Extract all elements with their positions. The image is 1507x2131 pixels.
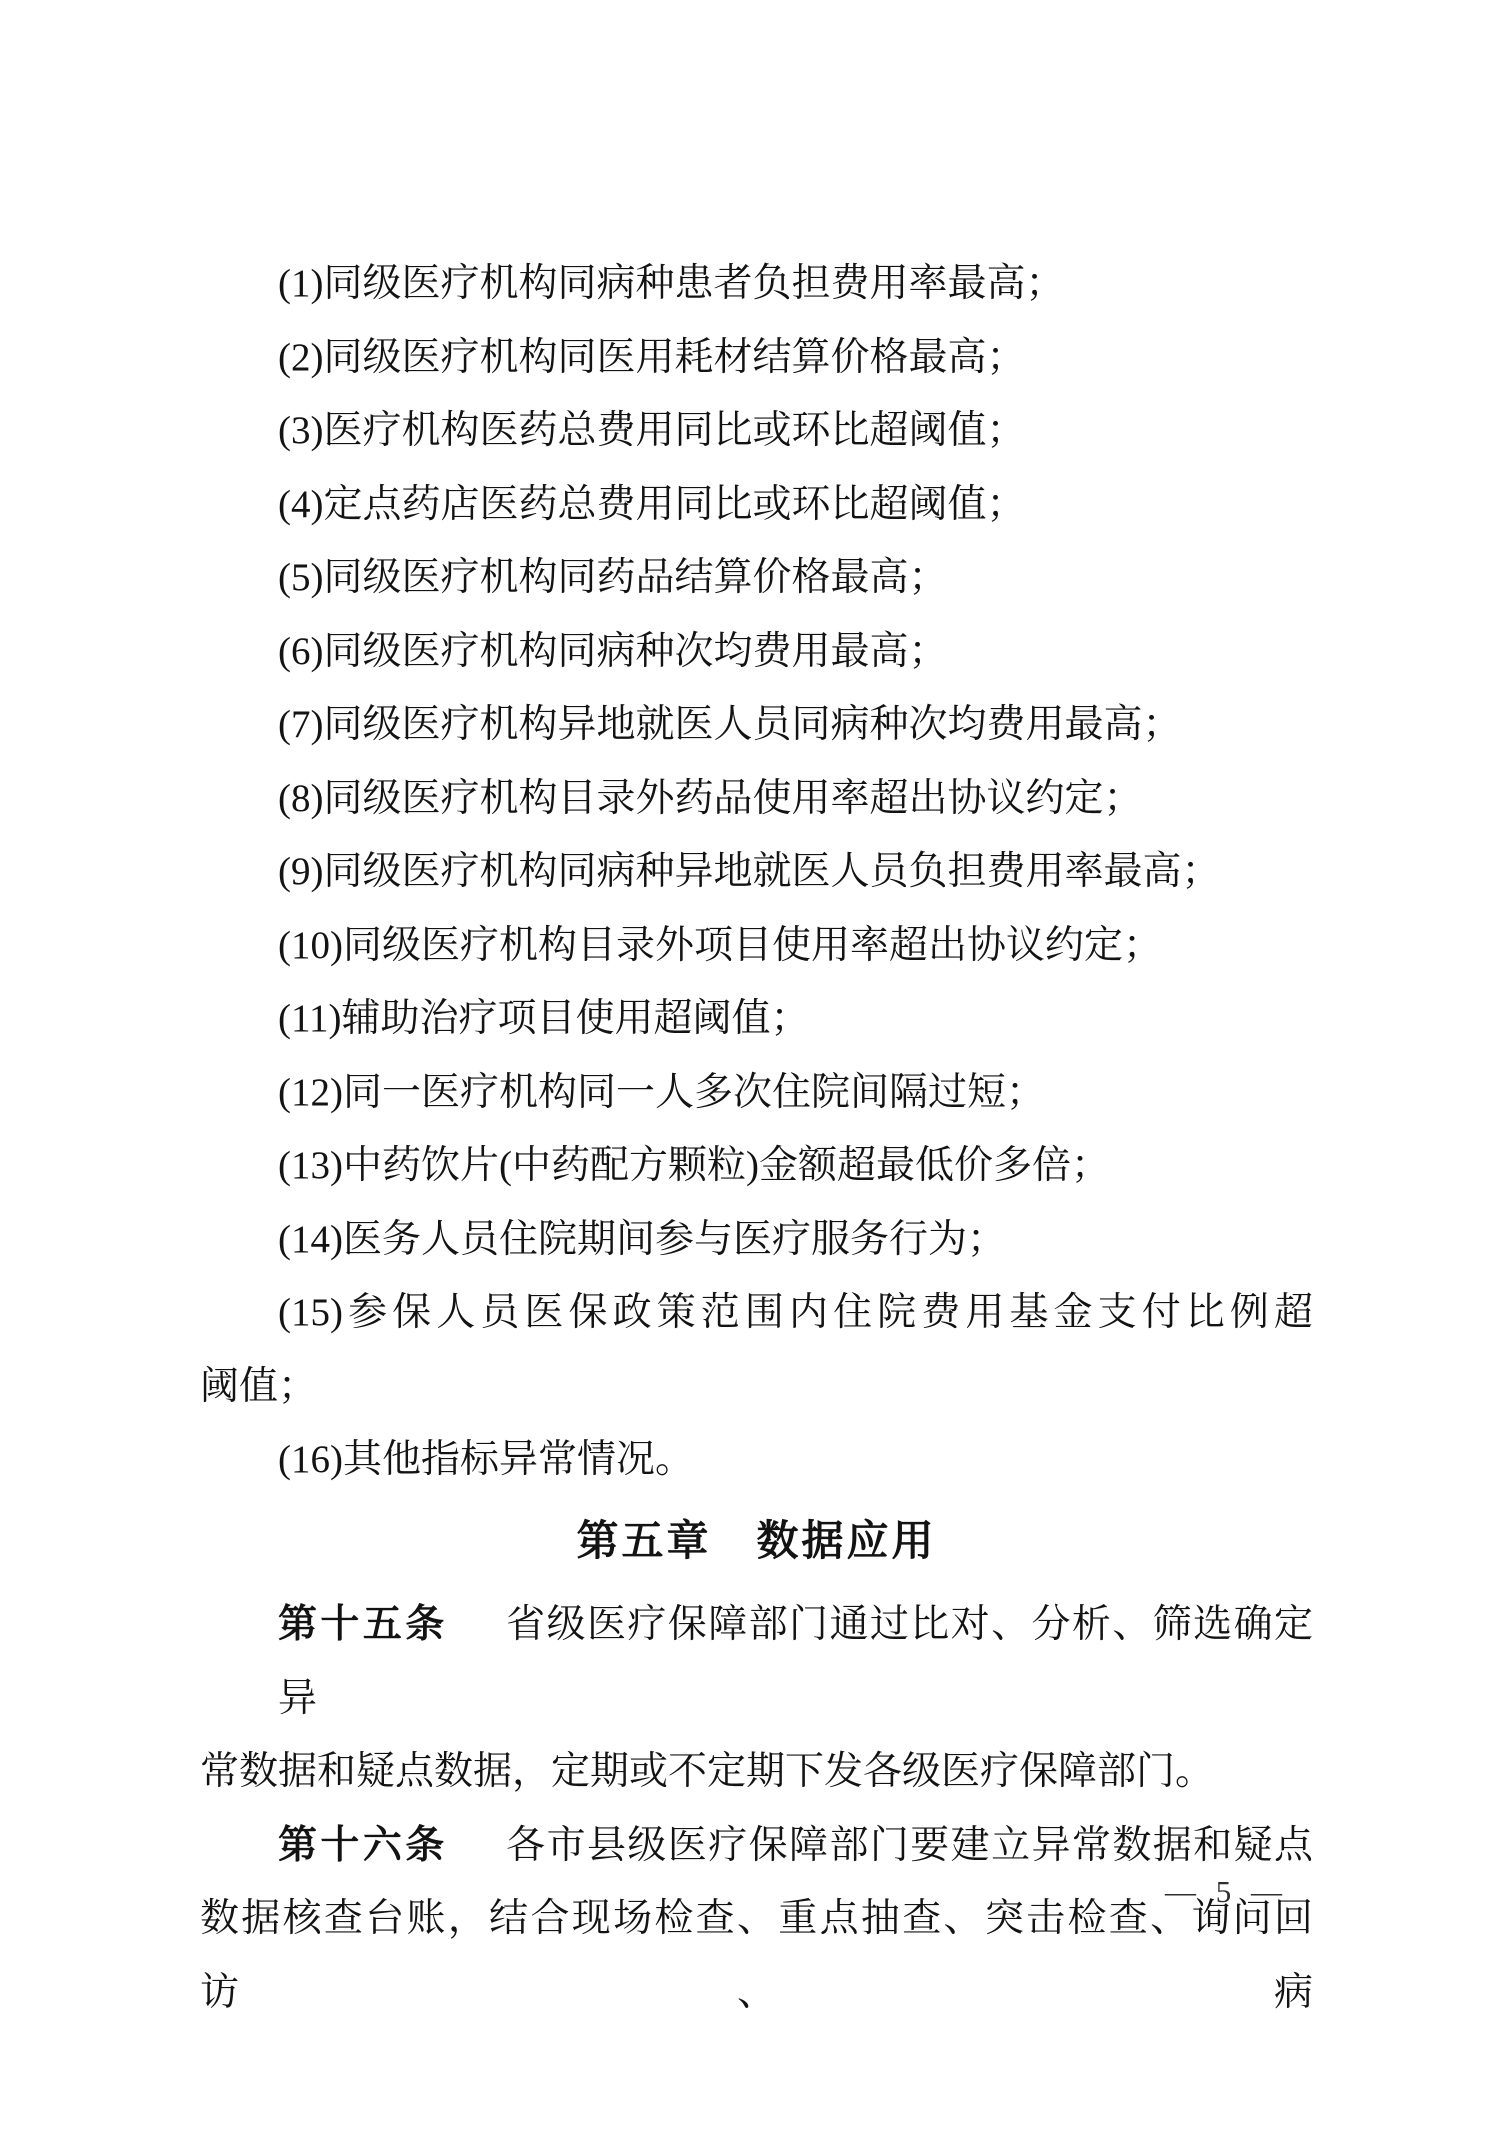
article-15-line-2: 常数据和疑点数据，定期或不定期下发各级医疗保障部门。 (200, 1735, 1313, 1809)
list-item-1: (1)同级医疗机构同病种患者负担费用率最高； (200, 247, 1313, 321)
list-item-4: (4)定点药店医药总费用同比或环比超阈值； (200, 468, 1313, 542)
list-item-3: (3)医疗机构医药总费用同比或环比超阈值； (200, 394, 1313, 468)
list-item-10: (10)同级医疗机构目录外项目使用率超出协议约定； (200, 909, 1313, 983)
list-item-16: (16)其他指标异常情况。 (200, 1423, 1313, 1497)
article-16-line-1: 第十六条各市县级医疗保障部门要建立异常数据和疑点 (200, 1809, 1313, 1883)
article-16-text: 各市县级医疗保障部门要建立异常数据和疑点 (506, 1824, 1313, 1867)
list-item-8: (8)同级医疗机构目录外药品使用率超出协议约定； (200, 762, 1313, 836)
list-item-7: (7)同级医疗机构异地就医人员同病种次均费用最高； (200, 688, 1313, 762)
list-item-2: (2)同级医疗机构同医用耗材结算价格最高； (200, 321, 1313, 395)
list-item-15-line-2: 阈值； (200, 1350, 1313, 1424)
document-page: (1)同级医疗机构同病种患者负担费用率最高； (2)同级医疗机构同医用耗材结算价… (0, 0, 1507, 2131)
list-item-12: (12)同一医疗机构同一人多次住院间隔过短； (200, 1056, 1313, 1130)
list-item-5: (5)同级医疗机构同药品结算价格最高； (200, 541, 1313, 615)
chapter-heading: 第五章 数据应用 (200, 1504, 1313, 1578)
article-15-number: 第十五条 (278, 1603, 448, 1646)
list-item-13: (13)中药饮片(中药配方颗粒)金额超最低价多倍； (200, 1129, 1313, 1203)
article-16-line-2: 数据核查台账，结合现场检查、重点抽查、突击检查、询问回访、病 (200, 1882, 1313, 2029)
list-item-11: (11)辅助治疗项目使用超阈值； (200, 982, 1313, 1056)
document-body: (1)同级医疗机构同病种患者负担费用率最高； (2)同级医疗机构同医用耗材结算价… (200, 247, 1313, 2029)
article-15-line-1: 第十五条省级医疗保障部门通过比对、分析、筛选确定异 (200, 1588, 1313, 1735)
list-item-6: (6)同级医疗机构同病种次均费用最高； (200, 615, 1313, 689)
list-item-15-line-1: (15)参保人员医保政策范围内住院费用基金支付比例超 (200, 1276, 1313, 1350)
list-item-9: (9)同级医疗机构同病种异地就医人员负担费用率最高； (200, 835, 1313, 909)
article-16-number: 第十六条 (278, 1824, 448, 1867)
page-number: — 5 — (1165, 1872, 1288, 1912)
list-item-14: (14)医务人员住院期间参与医疗服务行为； (200, 1203, 1313, 1277)
